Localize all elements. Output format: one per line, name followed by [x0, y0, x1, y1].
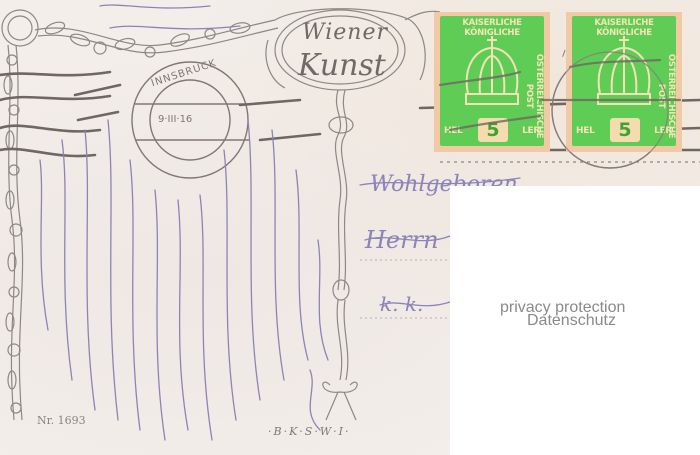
publisher-mark: ·B·K·S·W·I· — [268, 425, 350, 438]
postcard: Wiener Kunst INNSBRUCK 9·III·16 INNSBRUC… — [0, 0, 700, 455]
privacy-overlay: privacy protection Datenschutz — [450, 186, 700, 455]
print-number: Nr. 1693 — [37, 414, 86, 427]
privacy-label-de: Datenschutz — [527, 312, 616, 330]
